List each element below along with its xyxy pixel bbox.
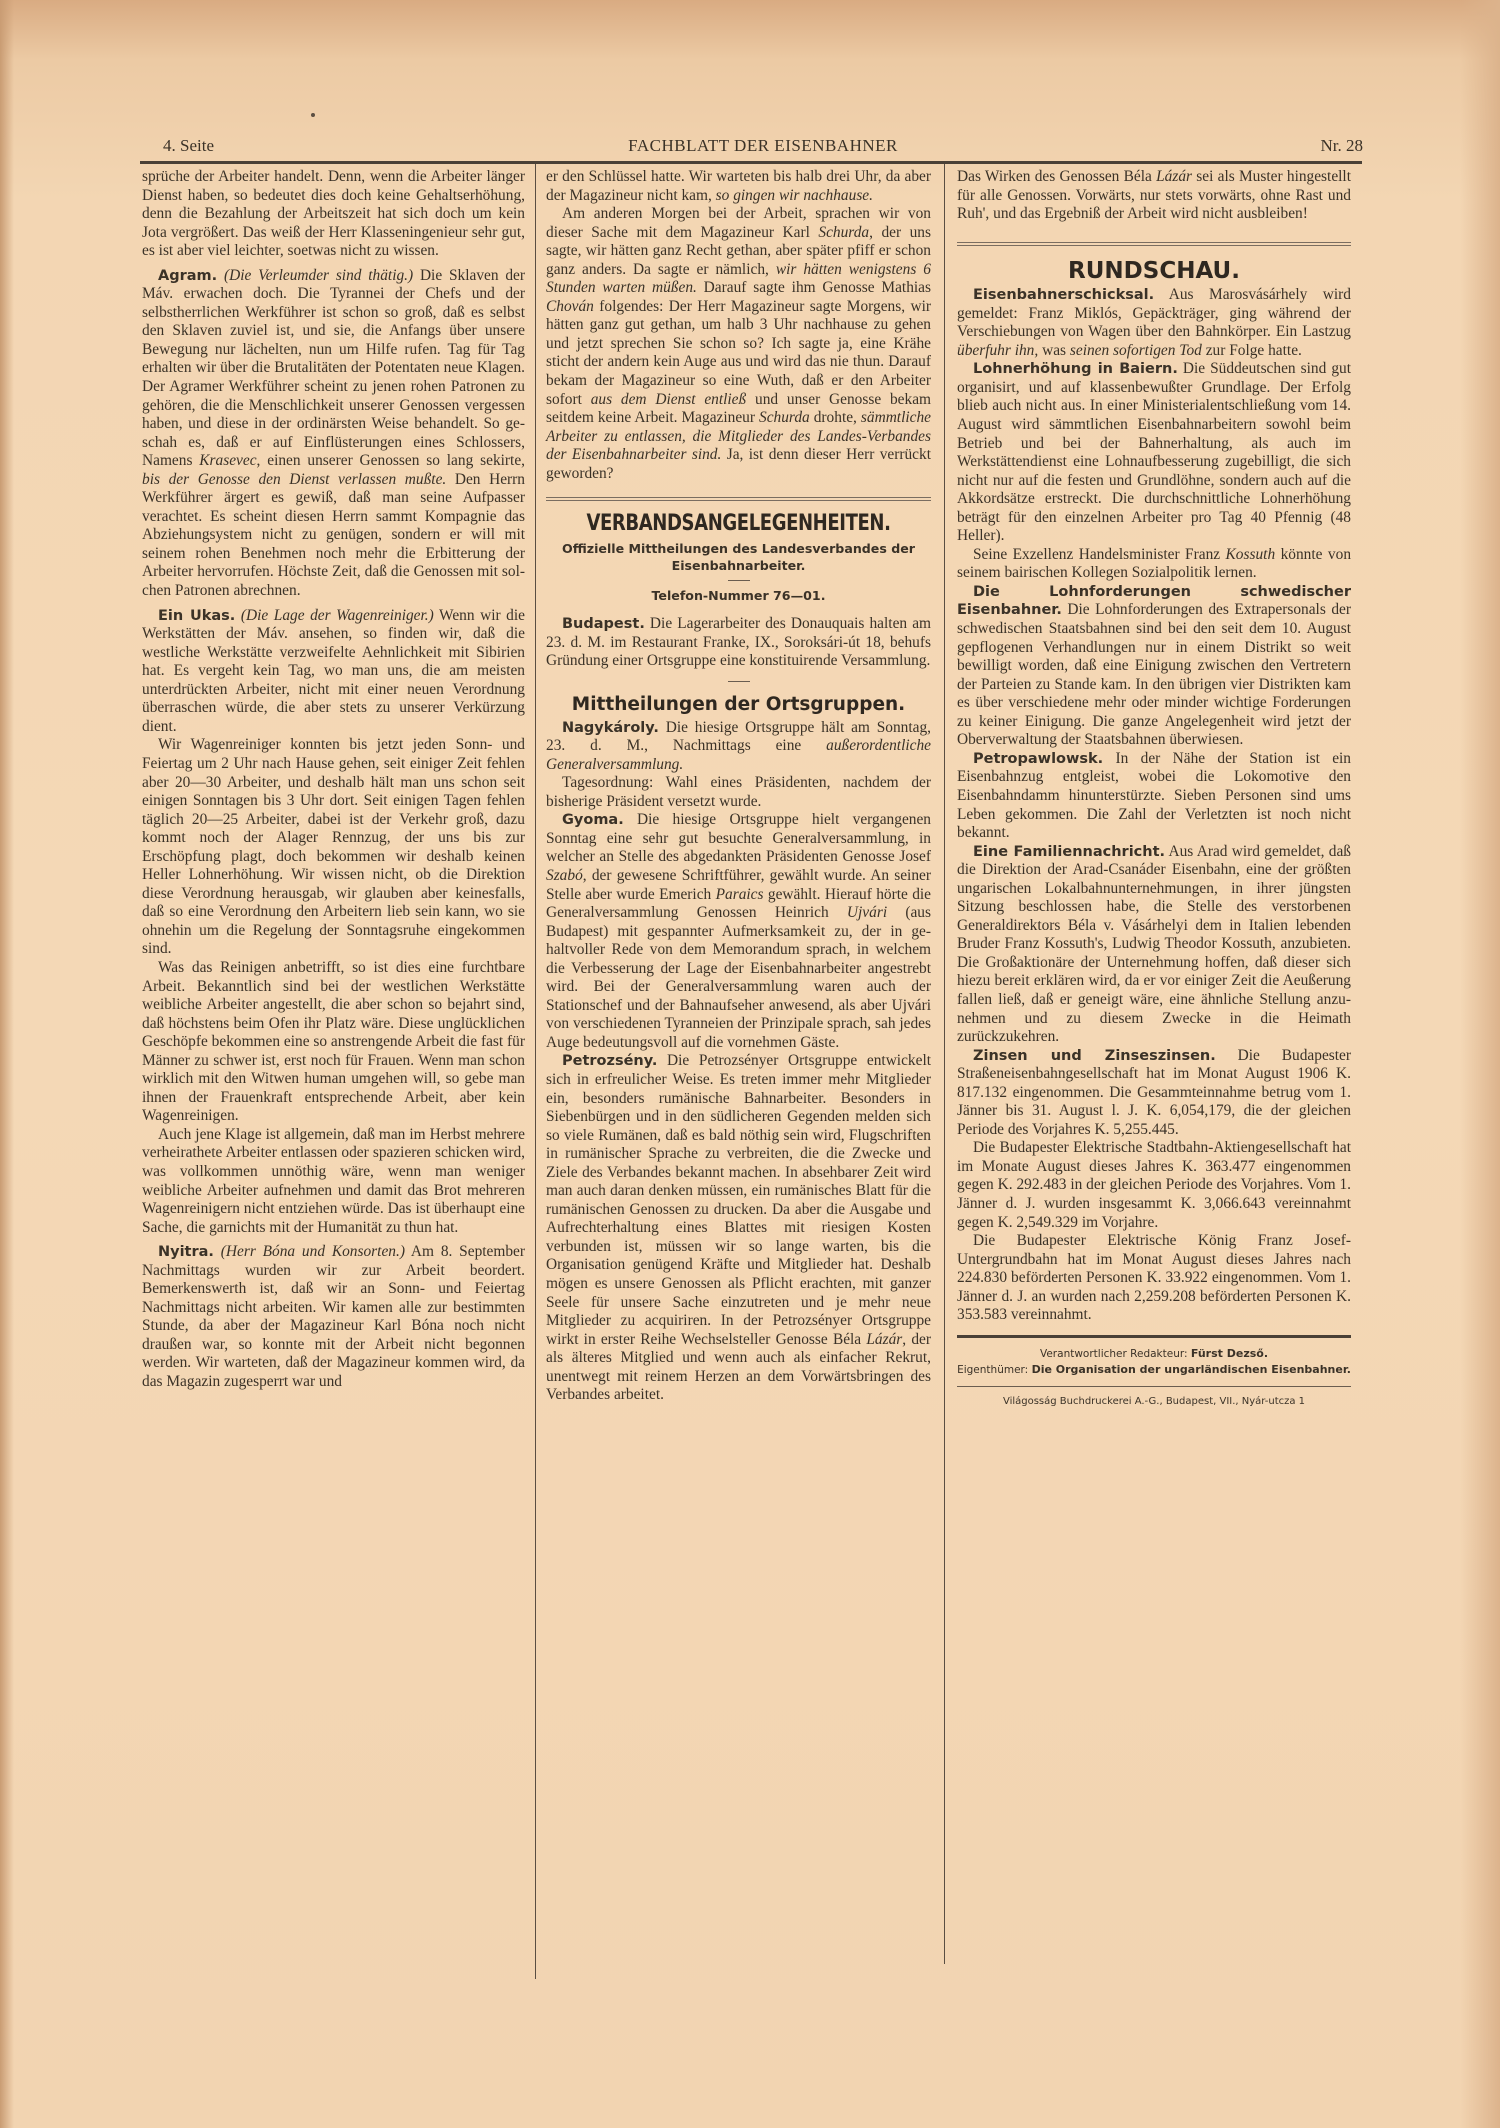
column-divider-1 bbox=[535, 164, 536, 1979]
article-text: Wenn wir die Werkstätten der Máv. an­seh… bbox=[142, 607, 525, 735]
article-subtitle: (Die Lage der Wagenreiniger.) bbox=[241, 607, 434, 624]
article-place: Gyoma. bbox=[562, 812, 624, 828]
article-text: Die Lohnforderungen des Extrapersonals d… bbox=[957, 601, 1351, 748]
header-rule bbox=[140, 161, 1362, 164]
article-petrozseny: Petrozsény. Die Petrozsényer Orts­gruppe… bbox=[546, 1052, 931, 1404]
article-place: Nagykároly. bbox=[562, 720, 659, 736]
article-nyitra: Nyitra. (Herr Bóna und Konsorten.) Am 8.… bbox=[142, 1243, 525, 1391]
owner-name: Die Organisation der ungarländischen Eis… bbox=[1032, 1363, 1351, 1376]
emphasis: seinen so­fortigen Tod bbox=[1070, 342, 1202, 359]
section-divider bbox=[546, 497, 931, 501]
name-emph: Paraics bbox=[716, 886, 764, 903]
imprint-rule bbox=[957, 1335, 1351, 1338]
article-eisenbahnerschicksal: Eisenbahnerschicksal. Aus Maros­vásárhel… bbox=[957, 286, 1351, 360]
paragraph: Die Budapester Elektrische König Franz J… bbox=[957, 1232, 1351, 1325]
section-title-verbandsangelegenheiten: VERBANDSANGELEGENHEITEN. bbox=[581, 515, 897, 534]
article-text: Aus Arad wird gemeldet, daß die Direktio… bbox=[957, 843, 1351, 1045]
printer-rule bbox=[957, 1386, 1351, 1387]
paragraph: Auch jene Klage ist allgemein, daß man i… bbox=[142, 1126, 525, 1237]
article-lohnerhoehung-baiern: Lohnerhöhung in Baiern. Die Süd­deutsche… bbox=[957, 360, 1351, 545]
article-agram: Agram. (Die Verleumder sind thätig.) Die… bbox=[142, 267, 525, 601]
article-text: Darauf sagte ihm Genosse Mathias bbox=[697, 279, 931, 296]
article-place: Nyitra. bbox=[158, 1244, 214, 1260]
issue-number: Nr. 28 bbox=[1321, 136, 1364, 156]
page-edge-left bbox=[0, 0, 14, 2128]
owner-label: Eigenthümer: bbox=[957, 1364, 1031, 1376]
article-subtitle: (Die Verleumder sind thätig.) bbox=[224, 267, 413, 284]
emphasis: aus dem Dienst entließ bbox=[591, 391, 746, 408]
article-text: zur Folge hatte. bbox=[1202, 342, 1302, 359]
article-familiennachricht: Eine Familiennachricht. Aus Arad wird ge… bbox=[957, 843, 1351, 1047]
article-text: drohte, bbox=[810, 409, 861, 426]
emphasis: überfuhr ihn, bbox=[957, 342, 1038, 359]
editor-line: Verantwortlicher Redakteur: Fürst Dezső. bbox=[957, 1346, 1351, 1362]
page-edge-right bbox=[1460, 0, 1500, 2128]
article-ukas: Ein Ukas. (Die Lage der Wagenreiniger.) … bbox=[142, 607, 525, 737]
print-speck bbox=[311, 113, 315, 117]
article-title: Lohnerhöhung in Baiern. bbox=[973, 361, 1178, 377]
emphasis: so gingen wir nachhause. bbox=[716, 187, 873, 204]
name-emph: Schurda bbox=[818, 224, 869, 241]
column-3: Das Wirken des Genossen Béla Lázár sei a… bbox=[957, 168, 1351, 1411]
article-place: Ein Ukas. bbox=[158, 608, 235, 624]
name-emph: Ujvári bbox=[847, 904, 887, 921]
publication-title: FACHBLATT DER EISENBAHNER bbox=[163, 136, 1363, 156]
article-text: Die Süd­deutschen sind gut organisirt, u… bbox=[957, 360, 1351, 544]
paragraph: er den Schlüssel hatte. Wir warteten bis… bbox=[546, 168, 931, 205]
short-dash-divider bbox=[728, 580, 750, 581]
article-text: was bbox=[1038, 342, 1070, 359]
article-text: , einen unserer Genossen so lang sekirte… bbox=[257, 452, 525, 469]
short-dash-divider bbox=[728, 681, 750, 682]
paragraph: Das Wirken des Genossen Béla Lázár sei a… bbox=[957, 168, 1351, 224]
column-divider-2 bbox=[944, 164, 945, 1964]
name-emph: Kossuth bbox=[1226, 546, 1276, 563]
paragraph: sprüche der Arbeiter handelt. Denn, wenn… bbox=[142, 168, 525, 261]
paragraph: Seine Exzellenz Handelsminister Franz Ko… bbox=[957, 546, 1351, 583]
article-text: Den Herrn Werkführer ärgert es gewiß, da… bbox=[142, 471, 525, 599]
article-zinsen: Zinsen und Zinseszinsen. Die Buda­pester… bbox=[957, 1047, 1351, 1140]
editor-name: Fürst Dezső. bbox=[1191, 1347, 1268, 1360]
article-place: Budapest. bbox=[562, 616, 645, 632]
article-title: Eine Familiennachricht. bbox=[973, 844, 1165, 860]
column-2: er den Schlüssel hatte. Wir warteten bis… bbox=[546, 168, 931, 1405]
article-text: Die Sklaven der Máv. erwachen doch. Die … bbox=[142, 267, 525, 469]
section-subtitle: Offizielle Mittheilungen des Landesverba… bbox=[546, 540, 931, 574]
paragraph: Die Budapester Elektrische Stadtbahn-Akt… bbox=[957, 1139, 1351, 1232]
article-gyoma: Gyoma. Die hiesige Ortsgruppe hielt verg… bbox=[546, 811, 931, 1052]
name-emph: Schurda bbox=[759, 409, 810, 426]
name-emph: Krasevec bbox=[199, 452, 256, 469]
column-1: sprüche der Arbeiter handelt. Denn, wenn… bbox=[142, 168, 525, 1392]
emphasis: bis der Genosse den Dienst verlassen muß… bbox=[142, 471, 446, 488]
section-divider bbox=[957, 242, 1351, 246]
paragraph: Am anderen Morgen bei der Arbeit, sprach… bbox=[546, 205, 931, 483]
name-emph: Lázár bbox=[866, 1331, 902, 1348]
owner-line: Eigenthümer: Die Organisation der ungarl… bbox=[957, 1362, 1351, 1378]
article-place: Agram. bbox=[158, 268, 217, 284]
section-title-ortsgruppen: Mittheilungen der Ortsgruppen. bbox=[546, 696, 931, 715]
article-text: Seine Exzellenz Handelsminister Franz bbox=[973, 546, 1226, 563]
editor-label: Verantwortlicher Redakteur: bbox=[1040, 1348, 1191, 1360]
article-title: Petropawlowsk. bbox=[973, 751, 1103, 767]
paragraph: Wir Wagenreiniger konnten bis jetzt jede… bbox=[142, 736, 525, 959]
article-title: Zinsen und Zinseszinsen. bbox=[973, 1048, 1216, 1064]
telephone-number: Telefon-Nummer 76—01. bbox=[546, 587, 931, 606]
article-text: Am 8. September Nachmittags wurden wir z… bbox=[142, 1243, 525, 1390]
article-petropawlowsk: Petropawlowsk. In der Nähe der Sta­tion … bbox=[957, 750, 1351, 843]
article-subtitle: (Herr Bóna und Konsorten.) bbox=[221, 1243, 405, 1260]
name-emph: Lázár bbox=[1156, 168, 1192, 185]
article-place: Petrozsény. bbox=[562, 1053, 657, 1069]
name-emph: Chován bbox=[546, 298, 594, 315]
article-text: Die Petrozsényer Orts­gruppe entwickelt … bbox=[546, 1052, 931, 1347]
imprint: Verantwortlicher Redakteur: Fürst Dezső.… bbox=[957, 1346, 1351, 1378]
section-title-rundschau: RUNDSCHAU. bbox=[957, 262, 1351, 281]
paragraph: Was das Reinigen anbetrifft, so ist dies… bbox=[142, 959, 525, 1126]
name-emph: Szabó bbox=[546, 867, 583, 884]
article-budapest: Budapest. Die Lagerarbeiter des Donau­qu… bbox=[546, 615, 931, 671]
printer-line: Világosság Buchdruckerei A.-G., Budapest… bbox=[957, 1393, 1351, 1412]
paragraph: Tagesordnung: Wahl eines Präsidenten, na… bbox=[546, 774, 931, 811]
article-text: Das Wirken des Genossen Béla bbox=[957, 168, 1156, 185]
running-head: 4. Seite FACHBLATT DER EISENBAHNER Nr. 2… bbox=[163, 136, 1363, 162]
article-title: Eisenbahnerschicksal. bbox=[973, 287, 1154, 303]
article-nagykaroly: Nagykároly. Die hiesige Ortsgruppe hält … bbox=[546, 719, 931, 775]
article-text: (aus Budapest) mit gespannter Aufmerksam… bbox=[546, 904, 931, 1051]
article-lohnforderungen-schweden: Die Lohnforderungen schwedischer Eisenba… bbox=[957, 583, 1351, 750]
